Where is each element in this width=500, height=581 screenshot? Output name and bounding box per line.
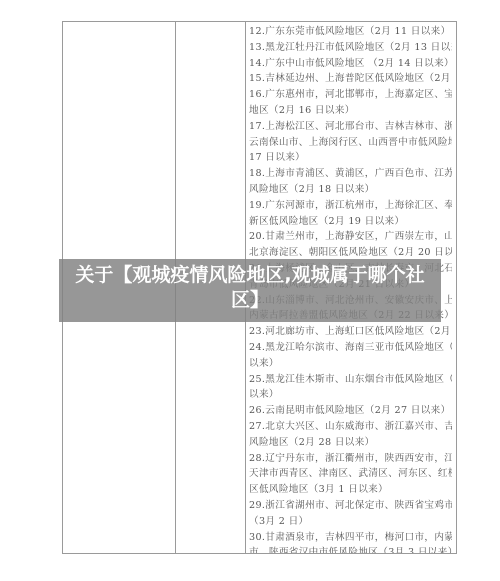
list-line: 15.吉林延边州、上海普陀区低风险地区（2月 15 日） — [249, 71, 452, 87]
list-line: 20.甘肃兰州市，上海静安区，广西崇左市，山西太原市， — [249, 229, 452, 245]
banner-title: 关于【观城疫情风险地区,观城属于哪个社区】 — [59, 263, 441, 313]
list-line: 12.广东东莞市低风险地区（2月 11 日以来） — [249, 24, 452, 40]
list-line: 23.河北廊坊市、上海虹口区低风险地区（2月 23 日以来） — [249, 324, 452, 340]
list-line: （3月 2 日） — [249, 514, 452, 530]
list-line: 18.上海市青浦区、黄浦区，广西百色市、江苏连云港市低 — [249, 166, 452, 182]
list-line: 13.黑龙江牡丹江市低风险地区（2月 13 日以来） — [249, 40, 452, 56]
list-line: 28.辽宁丹东市，浙江衢州市，陕西西安市，江苏徐州市， — [249, 451, 452, 467]
list-line: 天津市西青区、津南区、武清区、河东区、红桥区、南开 — [249, 466, 452, 482]
list-line: 25.黑龙江佳木斯市、山东烟台市低风险地区（2月 26 日 — [249, 372, 452, 388]
list-line: 风险地区（2月 28 日以来） — [249, 435, 452, 451]
list-line: 以来） — [249, 387, 452, 403]
list-line: 17 日以来） — [249, 150, 452, 166]
list-line: 云南保山市、上海闵行区、山西晋中市低风险地区（2月 — [249, 135, 452, 151]
list-line: 19.广东河源市，浙江杭州市，上海徐汇区、奉贤区、浦东 — [249, 198, 452, 214]
list-line: 新区低风险地区（2月 19 日以来） — [249, 214, 452, 230]
list-line: 26.云南昆明市低风险地区（2月 27 日以来） — [249, 403, 452, 419]
list-line: 17.上海松江区、河北邢台市、吉林吉林市、浙江温州市、 — [249, 119, 452, 135]
list-line: 16.广东惠州市，河北邯郸市，上海嘉定区、宝山区低风险 — [249, 87, 452, 103]
list-line: 地区（2月 16 日以来） — [249, 103, 452, 119]
list-line: 风险地区（2月 18 日以来） — [249, 182, 452, 198]
title-banner: 关于【观城疫情风险地区,观城属于哪个社区】 — [59, 259, 441, 322]
list-line: 市、陕西省汉中市低风险地区（3月 3 日以来） — [249, 545, 452, 553]
list-line: 29.浙江省湖州市、河北保定市、陕西省宝鸡市低风险地区 — [249, 498, 452, 514]
list-line: 24.黑龙江哈尔滨市、海南三亚市低风险地区（2月 24 日 — [249, 340, 452, 356]
list-line: 30.甘肃酒泉市，吉林四平市，梅河口市，内蒙古鄂尔多斯 — [249, 530, 452, 546]
list-line: 27.北京大兴区、山东威海市、浙江嘉兴市、吉林辽源市低 — [249, 419, 452, 435]
list-line: 以来） — [249, 356, 452, 372]
list-line: 14.广东中山市低风险地区 （2月 14 日以来） — [249, 56, 452, 72]
list-line: 区低风险地区（3月 1 日以来） — [249, 482, 452, 498]
